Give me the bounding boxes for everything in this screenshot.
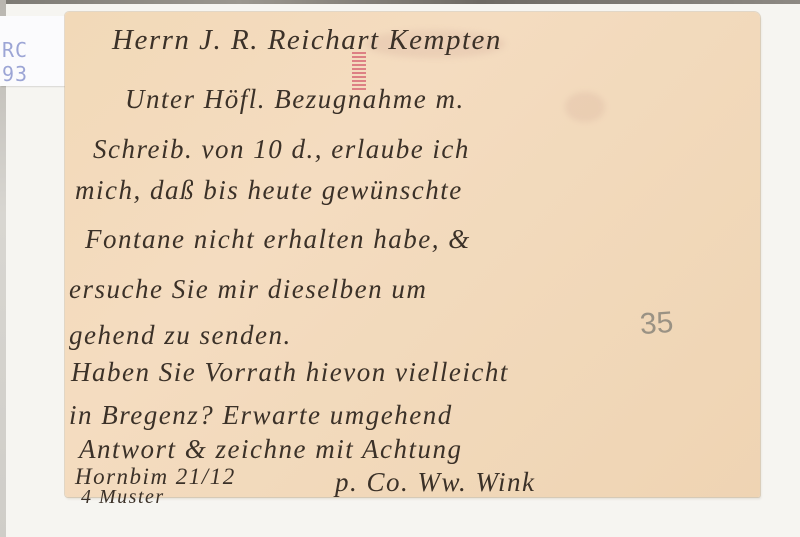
pencil-annotation: 35: [639, 306, 675, 342]
archive-label-text: RC 93: [2, 38, 66, 86]
signature-note: 4 Muster: [81, 486, 165, 509]
address-line: Herrn J. R. Reichart Kempten: [112, 24, 502, 57]
text-line: mich, daß bis heute gewünschte: [75, 175, 463, 206]
text-line: ersuche Sie mir dieselben um: [69, 274, 427, 305]
scanner-edge-top: [0, 0, 800, 4]
text-line: Haben Sie Vorrath hievon vielleicht: [71, 357, 509, 388]
ink-stain: [565, 92, 605, 122]
text-line: gehend zu senden.: [69, 320, 292, 351]
postcard-scan: RC 93 Herrn J. R. Reichart Kempten Unter…: [0, 0, 800, 537]
text-line: Antwort & zeichne mit Achtung: [79, 434, 462, 465]
archive-label-sticker: RC 93: [0, 16, 66, 86]
text-line: Fontane nicht erhalten habe, &: [85, 224, 471, 255]
text-line: in Bregenz? Erwarte umgehend: [69, 400, 453, 431]
text-line: Unter Höfl. Bezugnahme m.: [125, 84, 465, 115]
closing-line: p. Co. Ww. Wink: [335, 467, 536, 498]
postcard: Herrn J. R. Reichart Kempten Unter Höfl.…: [65, 12, 760, 497]
text-line: Schreib. von 10 d., erlaube ich: [93, 134, 470, 165]
